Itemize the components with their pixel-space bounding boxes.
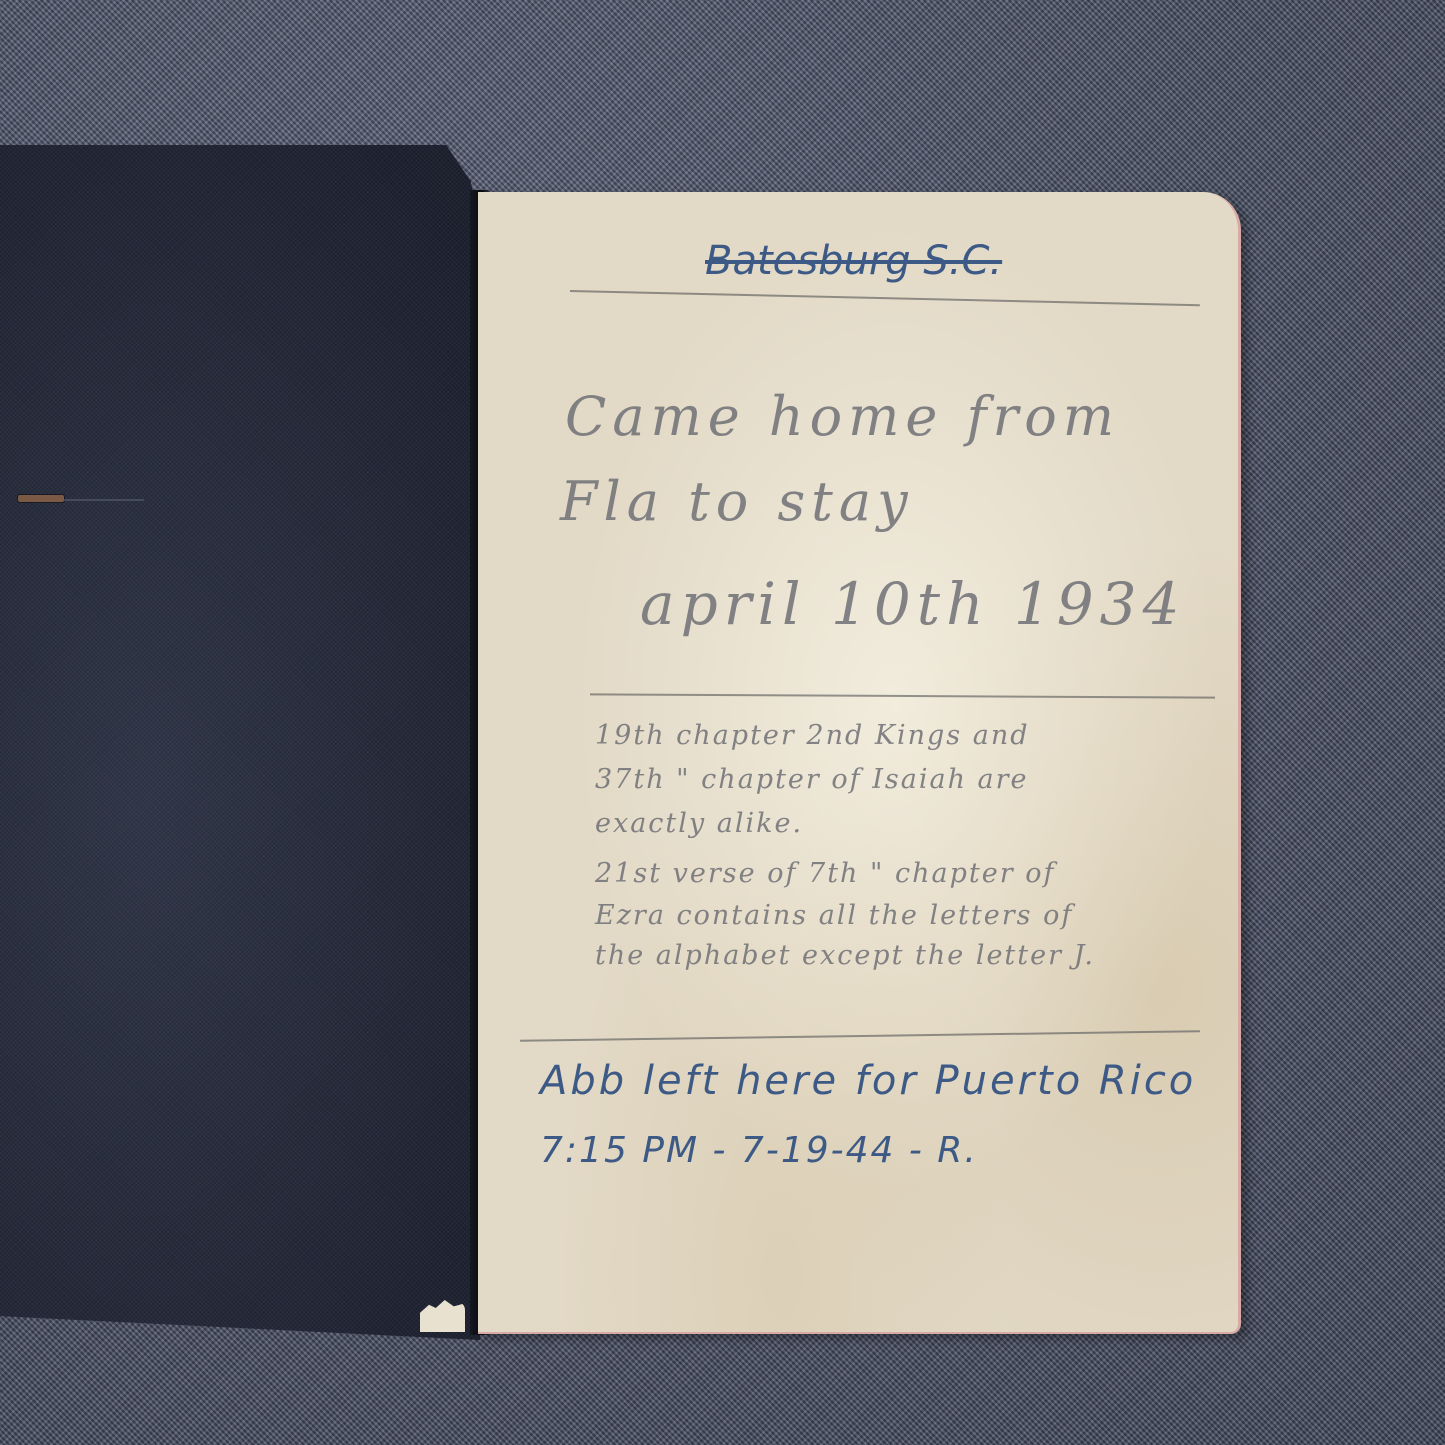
bible-note-line-4: 21st verse of 7th " chapter of [595,858,1056,889]
bible-note-line-3: exactly alike. [595,808,803,839]
bible-note-line-5: Ezra contains all the letters of [595,900,1073,931]
left-endpaper [0,145,485,1340]
bible-note-line-2: 37th " chapter of Isaiah are [595,764,1029,795]
entry-1934-date: april 10th 1934 [640,570,1185,638]
entry-1944-line-2: 7:15 PM - 7-19-44 - R. [540,1130,978,1171]
staple [18,495,64,502]
struck-place-name: Batesburg S.C. [705,238,1002,284]
bible-note-line-1: 19th chapter 2nd Kings and [595,720,1030,751]
bible-note-line-6: the alphabet except the letter J. [595,940,1095,971]
entry-1944-line-1: Abb left here for Puerto Rico [540,1058,1196,1104]
staple-slit [64,499,144,501]
entry-1934-line-2: Fla to stay [560,470,914,533]
entry-1934-line-1: Came home from [565,385,1120,448]
